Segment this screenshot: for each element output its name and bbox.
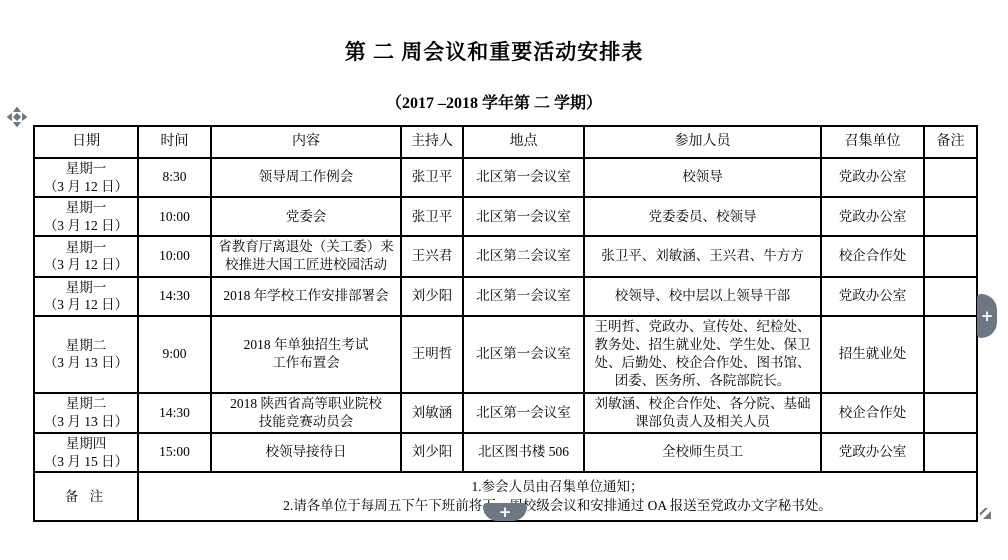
cell-date-detail: （3 月 13 日） bbox=[38, 354, 134, 372]
cell-date-detail: （3 月 12 日） bbox=[38, 296, 134, 314]
cell-time: 8:30 bbox=[138, 158, 211, 197]
cell-content: 校领导接待日 bbox=[211, 433, 401, 472]
cell-time: 14:30 bbox=[138, 277, 211, 316]
cell-date: 星期一 （3 月 12 日） bbox=[34, 277, 138, 316]
header-location: 地点 bbox=[463, 126, 584, 158]
cell-date: 星期一 （3 月 12 日） bbox=[34, 236, 138, 276]
cell-participants: 校领导、校中层以上领导干部 bbox=[584, 277, 821, 316]
cell-content: 党委会 bbox=[211, 197, 401, 236]
cell-content: 2018 年单独招生考试 工作布置会 bbox=[211, 316, 401, 393]
cell-organizer: 党政办公室 bbox=[821, 197, 924, 236]
table-row: 星期四 （3 月 15 日） 15:00 校领导接待日 刘少阳 北区图书楼 50… bbox=[34, 433, 977, 472]
cell-location: 北区图书楼 506 bbox=[463, 433, 584, 472]
cell-time: 10:00 bbox=[138, 236, 211, 276]
cell-note bbox=[924, 433, 977, 472]
header-host: 主持人 bbox=[401, 126, 463, 158]
cell-note bbox=[924, 197, 977, 236]
page-subtitle: （2017 –2018 学年第 二 学期） bbox=[0, 90, 988, 113]
cell-date-detail: （3 月 12 日） bbox=[38, 217, 134, 235]
cell-host: 张卫平 bbox=[401, 158, 463, 197]
cell-note bbox=[924, 316, 977, 393]
cell-note bbox=[924, 277, 977, 316]
add-row-button[interactable]: + bbox=[483, 503, 527, 521]
cell-content: 2018 陕西省高等职业院校 技能竞赛动员会 bbox=[211, 393, 401, 433]
cell-host: 刘少阳 bbox=[401, 277, 463, 316]
cell-location: 北区第一会议室 bbox=[463, 316, 584, 393]
cell-day: 星期四 bbox=[38, 435, 134, 453]
cell-host: 刘少阳 bbox=[401, 433, 463, 472]
plus-icon: + bbox=[499, 505, 512, 520]
header-row: 日期 时间 内容 主持人 地点 参加人员 召集单位 备注 bbox=[34, 126, 977, 158]
document-page: 第 二 周会议和重要活动安排表 （2017 –2018 学年第 二 学期） 日期… bbox=[0, 0, 1008, 560]
table-row: 星期二 （3 月 13 日） 9:00 2018 年单独招生考试 工作布置会 王… bbox=[34, 316, 977, 393]
table-row: 星期一 （3 月 12 日） 14:30 2018 年学校工作安排部署会 刘少阳… bbox=[34, 277, 977, 316]
cell-date: 星期二 （3 月 13 日） bbox=[34, 393, 138, 433]
cell-date-detail: （3 月 15 日） bbox=[38, 453, 134, 471]
cell-content: 领导周工作例会 bbox=[211, 158, 401, 197]
header-content: 内容 bbox=[211, 126, 401, 158]
plus-icon: + bbox=[981, 307, 994, 325]
cell-time: 9:00 bbox=[138, 316, 211, 393]
cell-host: 王明哲 bbox=[401, 316, 463, 393]
add-column-button[interactable]: + bbox=[977, 294, 997, 338]
cell-date-detail: （3 月 12 日） bbox=[38, 178, 134, 196]
cell-organizer: 校企合作处 bbox=[821, 393, 924, 433]
cell-time: 15:00 bbox=[138, 433, 211, 472]
cell-participants: 全校师生员工 bbox=[584, 433, 821, 472]
cell-location: 北区第一会议室 bbox=[463, 158, 584, 197]
cell-content: 2018 年学校工作安排部署会 bbox=[211, 277, 401, 316]
remark-label: 备 注 bbox=[34, 472, 138, 521]
cell-day: 星期一 bbox=[38, 279, 134, 297]
cell-time: 10:00 bbox=[138, 197, 211, 236]
cell-date: 星期二 （3 月 13 日） bbox=[34, 316, 138, 393]
cell-location: 北区第一会议室 bbox=[463, 393, 584, 433]
cell-host: 王兴君 bbox=[401, 236, 463, 276]
cell-participants: 党委委员、校领导 bbox=[584, 197, 821, 236]
cell-day: 星期二 bbox=[38, 337, 134, 355]
page-title: 第 二 周会议和重要活动安排表 bbox=[0, 36, 988, 66]
cell-organizer: 校企合作处 bbox=[821, 236, 924, 276]
cell-date: 星期四 （3 月 15 日） bbox=[34, 433, 138, 472]
cell-organizer: 党政办公室 bbox=[821, 433, 924, 472]
remark-line: 1.参会人员由召集单位通知； bbox=[142, 478, 973, 496]
cell-organizer: 招生就业处 bbox=[821, 316, 924, 393]
cell-day: 星期二 bbox=[38, 395, 134, 413]
cell-location: 北区第二会议室 bbox=[463, 236, 584, 276]
cell-location: 北区第一会议室 bbox=[463, 197, 584, 236]
resize-grip-icon bbox=[979, 507, 992, 520]
cell-date: 星期一 （3 月 12 日） bbox=[34, 197, 138, 236]
table-row: 星期一 （3 月 12 日） 10:00 省教育厅离退处（关工委）来 校推进大国… bbox=[34, 236, 977, 276]
cell-note bbox=[924, 158, 977, 197]
cell-date-detail: （3 月 13 日） bbox=[38, 413, 134, 431]
cell-participants: 校领导 bbox=[584, 158, 821, 197]
header-organizer: 召集单位 bbox=[821, 126, 924, 158]
header-note: 备注 bbox=[924, 126, 977, 158]
cell-note bbox=[924, 236, 977, 276]
cell-participants: 刘敏涵、校企合作处、各分院、基础课部负责人及相关人员 bbox=[584, 393, 821, 433]
header-time: 时间 bbox=[138, 126, 211, 158]
table-row: 星期一 （3 月 12 日） 10:00 党委会 张卫平 北区第一会议室 党委委… bbox=[34, 197, 977, 236]
remark-content: 1.参会人员由召集单位通知； 2.请各单位于每周五下午下班前将下一周校级会议和安… bbox=[138, 472, 977, 521]
cell-note bbox=[924, 393, 977, 433]
cell-participants: 张卫平、刘敏涵、王兴君、牛方方 bbox=[584, 236, 821, 276]
table-resize-handle-icon[interactable] bbox=[979, 507, 992, 520]
cell-date: 星期一 （3 月 12 日） bbox=[34, 158, 138, 197]
remark-line: 2.请各单位于每周五下午下班前将下一周校级会议和安排通过 OA 报送至党政办文字… bbox=[142, 497, 973, 515]
cell-day: 星期一 bbox=[38, 199, 134, 217]
cell-organizer: 党政办公室 bbox=[821, 277, 924, 316]
cell-time: 14:30 bbox=[138, 393, 211, 433]
table-row: 星期一 （3 月 12 日） 8:30 领导周工作例会 张卫平 北区第一会议室 … bbox=[34, 158, 977, 197]
table-row: 星期二 （3 月 13 日） 14:30 2018 陕西省高等职业院校 技能竞赛… bbox=[34, 393, 977, 433]
cell-participants: 王明哲、党政办、宣传处、纪检处、教务处、招生就业处、学生处、保卫处、后勤处、校企… bbox=[584, 316, 821, 393]
cell-content: 省教育厅离退处（关工委）来 校推进大国工匠进校园活动 bbox=[211, 236, 401, 276]
cell-organizer: 党政办公室 bbox=[821, 158, 924, 197]
header-participants: 参加人员 bbox=[584, 126, 821, 158]
cell-location: 北区第一会议室 bbox=[463, 277, 584, 316]
cell-day: 星期一 bbox=[38, 160, 134, 178]
cell-date-detail: （3 月 12 日） bbox=[38, 256, 134, 274]
cell-host: 张卫平 bbox=[401, 197, 463, 236]
schedule-table: 日期 时间 内容 主持人 地点 参加人员 召集单位 备注 星期一 （3 月 12… bbox=[33, 125, 978, 522]
header-date: 日期 bbox=[34, 126, 138, 158]
cell-host: 刘敏涵 bbox=[401, 393, 463, 433]
cell-day: 星期一 bbox=[38, 239, 134, 257]
